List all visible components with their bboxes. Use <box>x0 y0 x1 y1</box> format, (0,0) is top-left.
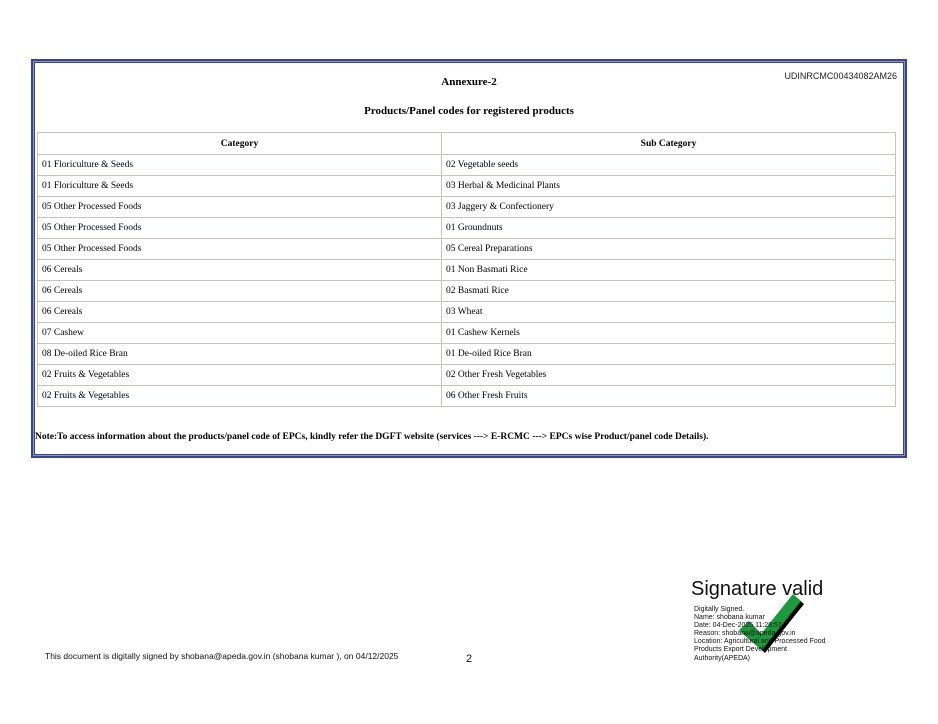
sub-category-cell: 02 Basmati Rice <box>442 281 896 302</box>
page-subtitle: Products/Panel codes for registered prod… <box>33 105 905 117</box>
sub-category-cell: 05 Cereal Preparations <box>442 239 896 260</box>
signature-line: Date: 04-Dec-2025 11:28:57 <box>694 622 864 630</box>
signature-line: Products Export Development <box>694 646 864 654</box>
sub-category-cell: 01 De-oiled Rice Bran <box>442 344 896 365</box>
category-cell: 05 Other Processed Foods <box>38 218 442 239</box>
sub-category-cell: 06 Other Fresh Fruits <box>442 386 896 407</box>
signature-line: Name: shobana kumar <box>694 614 864 622</box>
sub-category-cell: 01 Cashew Kernels <box>442 323 896 344</box>
digital-signature-block: Signature valid Digitally Signed. Name: … <box>691 578 861 668</box>
table-row: 01 Floriculture & Seeds02 Vegetable seed… <box>38 155 896 176</box>
table-row: 06 Cereals03 Wheat <box>38 302 896 323</box>
category-cell: 02 Fruits & Vegetables <box>38 365 442 386</box>
table-row: 08 De-oiled Rice Bran01 De-oiled Rice Br… <box>38 344 896 365</box>
category-cell: 06 Cereals <box>38 302 442 323</box>
sub-category-cell: 01 Non Basmati Rice <box>442 260 896 281</box>
category-cell: 05 Other Processed Foods <box>38 197 442 218</box>
annexure-frame: UDINRCMC00434082AM26 Annexure-2 Products… <box>31 59 907 458</box>
category-cell: 06 Cereals <box>38 281 442 302</box>
sub-category-cell: 02 Other Fresh Vegetables <box>442 365 896 386</box>
table-row: 06 Cereals01 Non Basmati Rice <box>38 260 896 281</box>
sub-category-cell: 03 Wheat <box>442 302 896 323</box>
table-row: 02 Fruits & Vegetables02 Other Fresh Veg… <box>38 365 896 386</box>
signature-status: Signature valid <box>691 578 823 601</box>
signature-line: Location: Agricultural and Processed Foo… <box>694 638 864 646</box>
table-row: 07 Cashew01 Cashew Kernels <box>38 323 896 344</box>
page-number: 2 <box>466 653 472 665</box>
dgft-note: Note:To access information about the pro… <box>35 432 708 442</box>
product-codes-table: Category Sub Category 01 Floriculture & … <box>37 132 896 407</box>
sub-category-cell: 03 Jaggery & Confectionery <box>442 197 896 218</box>
signature-line: Reason: shobana@apeda.gov.in <box>694 630 864 638</box>
table-row: 05 Other Processed Foods05 Cereal Prepar… <box>38 239 896 260</box>
table-row: 05 Other Processed Foods01 Groundnuts <box>38 218 896 239</box>
sub-category-cell: 01 Groundnuts <box>442 218 896 239</box>
sub-category-cell: 03 Herbal & Medicinal Plants <box>442 176 896 197</box>
signature-details: Digitally Signed. Name: shobana kumar Da… <box>694 606 864 663</box>
category-cell: 06 Cereals <box>38 260 442 281</box>
page-title: Annexure-2 <box>33 76 905 88</box>
table-row: 01 Floriculture & Seeds03 Herbal & Medic… <box>38 176 896 197</box>
category-cell: 07 Cashew <box>38 323 442 344</box>
column-header-category: Category <box>38 133 442 155</box>
category-cell: 05 Other Processed Foods <box>38 239 442 260</box>
category-cell: 02 Fruits & Vegetables <box>38 386 442 407</box>
digital-signed-footer: This document is digitally signed by sho… <box>45 651 398 661</box>
category-cell: 01 Floriculture & Seeds <box>38 155 442 176</box>
category-cell: 01 Floriculture & Seeds <box>38 176 442 197</box>
table-row: 06 Cereals02 Basmati Rice <box>38 281 896 302</box>
signature-line: Authority(APEDA) <box>694 655 864 663</box>
sub-category-cell: 02 Vegetable seeds <box>442 155 896 176</box>
table-row: 02 Fruits & Vegetables06 Other Fresh Fru… <box>38 386 896 407</box>
category-cell: 08 De-oiled Rice Bran <box>38 344 442 365</box>
table-header-row: Category Sub Category <box>38 133 896 155</box>
table-row: 05 Other Processed Foods03 Jaggery & Con… <box>38 197 896 218</box>
table-body: 01 Floriculture & Seeds02 Vegetable seed… <box>38 155 896 407</box>
column-header-sub-category: Sub Category <box>442 133 896 155</box>
signature-line: Digitally Signed. <box>694 606 864 614</box>
